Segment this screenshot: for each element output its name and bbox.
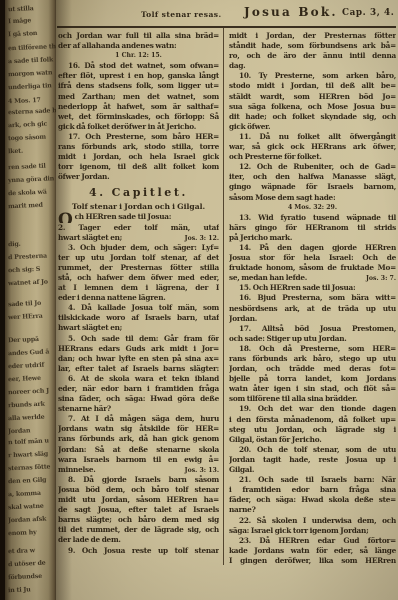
- text-line: watn åter igen i sin stad, och flöt så=: [229, 384, 396, 394]
- text-line: gingo wäpnade för Israels barnom,: [229, 182, 396, 192]
- text-line: 9. Och Josua reste up tolf stenar: [58, 546, 219, 556]
- margin-fragment: förbundse: [8, 572, 56, 582]
- margin-fragment: wer HErra: [8, 312, 56, 322]
- text-line: stå, och hafwer dem öfwer med eder,: [58, 273, 219, 283]
- text-line: tilskickade woro af Israels barn, utaf: [58, 313, 219, 323]
- text-line: på Jericho mark.: [229, 233, 396, 243]
- book-title: Josua Bok.: [244, 5, 338, 19]
- text-line: dag.: [229, 61, 396, 71]
- text-line: hwart slägtet en;: [58, 323, 219, 333]
- margin-fragment: rbunds ark: [8, 400, 56, 410]
- text-line: til det rummet, der de lägrade sig, och: [58, 525, 219, 535]
- margin-fragment: in ti Ju: [8, 585, 56, 595]
- text-line: iter, och den halfwa Manasse slägt,: [229, 172, 396, 182]
- text-line: narne?: [229, 505, 396, 515]
- text-line: Jordan.: [229, 314, 396, 324]
- margin-fragment: I gå ston: [8, 29, 56, 39]
- scripture-reference: 1 Chr. 12: 15.: [58, 51, 219, 61]
- margin-fragment: dig.: [8, 239, 56, 249]
- text-line: Gilgal, östan för Jericho.: [229, 435, 396, 445]
- margin-fragment: den en Gilg: [8, 476, 56, 486]
- margin-fragment: noreer och J: [8, 387, 56, 397]
- margin-fragment: och sig: S: [8, 265, 56, 275]
- scripture-reference: Jos. 3: 7.: [366, 274, 396, 283]
- text-line: midt i Jordan, der Presternas fötter: [229, 31, 396, 41]
- text-line: dan; och hwar lyfte en sten på sina ax=: [58, 354, 219, 364]
- text-line: sina fäder, och säga: Hwad göra deße: [58, 394, 219, 404]
- text-line: Josua stor för hela Israel: Och de: [229, 253, 396, 263]
- text-line: stäldt wardt, som HERren böd Jo=: [229, 92, 396, 102]
- margin-fragment: Jordan afsk: [8, 515, 56, 525]
- margin-fragment: et dra w: [8, 546, 56, 556]
- margin-fragment: togo såsom: [8, 133, 56, 143]
- scripture-reference: Jos. 3: 12.: [185, 234, 219, 243]
- text-line: Jordan: Så at deße stenarne skola: [58, 445, 219, 455]
- text-line: i framtiden edor barn fråga sina: [229, 485, 396, 495]
- text-line: efter flöt, uprest i en hop, ganska lång…: [58, 71, 219, 81]
- text-line: gick då folket deröfwer in åt Jericho.: [58, 122, 219, 132]
- text-line: steg utu Jordan, och lägrade sig i: [229, 425, 396, 435]
- text-line: säga: Israel gick torr igenom Jordan;: [229, 526, 396, 536]
- text-line: 5. Och sade til dem: Går fram för: [58, 334, 219, 344]
- text-line: midt utu Jordan, såsom HERren ha=: [58, 495, 219, 505]
- text-line: stodo midt i Jordan, til deß allt be=: [229, 81, 396, 91]
- text-line: 17. Och Presterne, som båro HER=: [58, 132, 219, 142]
- drop-cap: O: [58, 212, 73, 222]
- margin-fragment: de skola wä: [8, 188, 56, 198]
- scripture-reference: 4 Mos. 32: 29.: [229, 203, 396, 213]
- text-line: Gilgal.: [229, 465, 396, 475]
- text-line: bjelle på torra landet, kom Jordans: [229, 374, 396, 384]
- right-text-column: midt i Jordan, der Presternas fötterstån…: [229, 31, 396, 566]
- text-line: och Jordan war full til alla sina bräd=: [58, 31, 219, 41]
- book-photo: ut stillaI mågeI gå stonen tilförene tha…: [0, 0, 398, 600]
- scripture-reference: Jos. 3: 13.: [185, 466, 219, 475]
- text-line: lar, efter talet af Israels barns slägte…: [58, 364, 219, 374]
- margin-fragment: ut stilla: [8, 4, 56, 14]
- verse-text: minnelse.: [58, 465, 96, 475]
- margin-fragment: marit med: [8, 201, 56, 211]
- margin-fragment: andes Gud ä: [8, 348, 56, 358]
- text-line: 4. Då kallade Josua tolf män, som: [58, 303, 219, 313]
- facing-page-edge: ut stillaI mågeI gå stonen tilförene tha…: [5, 0, 56, 600]
- text-line: 19. Och det war den tionde dagen: [229, 404, 396, 414]
- margin-fragment: ark, och gic: [8, 120, 56, 130]
- text-line: midt i Jordan, och hela Israel gick: [58, 152, 219, 162]
- text-line: dit hade; och folket skyndade sig, och: [229, 112, 396, 122]
- margin-fragment: Jordan: [8, 426, 56, 436]
- text-line: gick öfwer.: [229, 122, 396, 132]
- text-line: war, så gick ock HERrans ark öfwer,: [229, 142, 396, 152]
- text-line: 20. Och de tolf stenar, som de utu: [229, 445, 396, 455]
- margin-fragment: sternas fötte: [8, 463, 56, 473]
- text-line: der af allahanda andenes watn:: [58, 41, 219, 51]
- text-line: sua säga folkena, och Mose Josua bu=: [229, 102, 396, 112]
- margin-fragment: d utöser de: [8, 559, 56, 569]
- text-line: Jordan, och trädde med deras fot=: [229, 364, 396, 374]
- text-line: nesbördsens ark, at de träda up utu: [229, 304, 396, 314]
- verse-text: se, medan han lefde.: [229, 273, 307, 283]
- margin-fragment: esterna sade ha: [8, 107, 56, 117]
- text-line: eder i denna nattene lägren.: [58, 293, 219, 303]
- text-line: 22. Så skolen I underwisa dem, och: [229, 516, 396, 526]
- margin-fragment: morgon watn: [8, 69, 56, 79]
- text-line: ifrå dens stadsens folk, som ligger ut=: [58, 81, 219, 91]
- text-line: at I lemnen dem i lägrena, der I: [58, 283, 219, 293]
- text-line: 16. Bjud Presterna, som bära witt=: [229, 293, 396, 303]
- margin-fragment: sade til Jo: [8, 299, 56, 309]
- text-line: som tilförene til alla sina brädder.: [229, 394, 396, 404]
- margin-fragment: enom hy: [8, 528, 56, 538]
- text-line-with-reference: hwart slägtet en;Jos. 3: 12.: [58, 233, 219, 243]
- margin-fragment: I måge: [8, 16, 56, 26]
- text-line-with-reference: se, medan han lefde.Jos. 3: 7.: [229, 273, 396, 283]
- margin-fragment: ynna göra din: [8, 175, 56, 185]
- margin-fragment: alla werlde: [8, 413, 56, 423]
- text-line: wet, det förminskades, och förlopp: Så: [58, 112, 219, 122]
- margin-fragment: 4 Mos. 17: [8, 96, 56, 106]
- left-text-column: och Jordan war full til alla sina bräd=d…: [58, 31, 219, 556]
- text-line: 17. Alltså böd Josua Prestomen,: [229, 324, 396, 334]
- margin-fragment: n tolf män u: [8, 437, 56, 447]
- text-line: Jordans watn sig åtskilde för HER=: [58, 424, 219, 434]
- margin-fragment: a sade til folk: [8, 56, 56, 66]
- column-divider-rule: [223, 28, 224, 565]
- text-line: fäder, och säga: Hwad skola deße ste=: [229, 495, 396, 505]
- text-line: rummet, der Presternas fötter stilla: [58, 263, 219, 273]
- margin-fragment: a, komma: [8, 489, 56, 499]
- text-line: de sagt Josua, efter talet af Israels: [58, 505, 219, 515]
- text-line: öfwer Jordan.: [58, 172, 219, 182]
- text-line: 11. Då nu folket allt öfwergångit: [229, 132, 396, 142]
- margin-fragment: d Presterna: [8, 252, 56, 262]
- margin-fragment: eder utdrif: [8, 361, 56, 371]
- text-line: med Zarthan; men det watnet, som: [58, 92, 219, 102]
- text-line: 18. Och då Presterne, som HER=: [229, 344, 396, 354]
- text-line: och sade: Stiger up utu Jordan.: [229, 334, 396, 344]
- text-line: 13. Wid fyratio tusend wäpnade til: [229, 213, 396, 223]
- text-line: HERrans edars Guds ark midt i Jor=: [58, 344, 219, 354]
- text-line: barns slägte; och båro dem med sig: [58, 515, 219, 525]
- text-line: ro, och de äro der ännu intil denna: [229, 51, 396, 61]
- margin-fragment: en tilförene th: [8, 43, 56, 53]
- margin-fragment: watnet af Jo: [8, 278, 56, 288]
- margin-fragment: ren sade til: [8, 162, 56, 172]
- verse-line-dropcap: Och HERren sade til Josua:: [58, 212, 219, 222]
- text-line: härs gingo för HERranom til strids: [229, 223, 396, 233]
- text-line: rans förbunds ark, då han gick genom: [58, 434, 219, 444]
- chapter-reference: Cap. 3, 4.: [342, 8, 394, 18]
- text-line: ståndit hade, som förbundsens ark bå=: [229, 41, 396, 51]
- margin-fragment: underliga tin: [8, 82, 56, 92]
- text-line: eder, när edor barn i framtiden fråga: [58, 384, 219, 394]
- text-line: 7. At I då mågen säga dem, huru: [58, 414, 219, 424]
- text-line: 16. Då stod det watnet, som ofwan=: [58, 61, 219, 71]
- text-line: 6. At de skola wara et tekn ibland: [58, 374, 219, 384]
- text-line: i den första månadenom, då folket up=: [229, 415, 396, 425]
- margin-fragment: r hwart släg: [8, 450, 56, 460]
- text-line: torr igenom, til deß allt folket kom: [58, 162, 219, 172]
- margin-fragment: eer, Hewe: [8, 374, 56, 384]
- text-line: 14. På den dagen gjorde HERren: [229, 243, 396, 253]
- text-line: Jordan tagit hade, reste Josua up i: [229, 455, 396, 465]
- margin-fragment: skal watne: [8, 502, 56, 512]
- verse-text: hwart slägtet en;: [58, 233, 122, 243]
- chapter-heading: 4. Capitlet.: [58, 185, 219, 201]
- text-line: rans förbunds ark båro, stego up utu: [229, 354, 396, 364]
- margin-fragment: lket.: [8, 146, 56, 156]
- text-line: 21. Och sade til Israels barn: När: [229, 475, 396, 485]
- text-line: stenarne här?: [58, 404, 219, 414]
- text-line: rans förbunds ark, stodo stilla, torre: [58, 142, 219, 152]
- text-line: kade Jordans watn för eder, så länge: [229, 546, 396, 556]
- header-rule: [57, 26, 396, 28]
- text-line: wara Israels barnom til en ewig å=: [58, 455, 219, 465]
- text-line: Josua böd dem, och båro tolf stenar: [58, 485, 219, 495]
- text-line: I gingen deröfwer, lika som HERren: [229, 556, 396, 566]
- margin-fragment: Der uppå: [8, 335, 56, 345]
- text-line: och Presterne för folket.: [229, 152, 396, 162]
- text-line: nederlopp åt hafwet, som är salthaf=: [58, 102, 219, 112]
- text-line: fruktade honom, såsom de fruktade Mo=: [229, 263, 396, 273]
- text-line: der lade de dem.: [58, 535, 219, 545]
- text-line: 12. Och de Rubeniter, och de Gad=: [229, 162, 396, 172]
- running-title: Tolf stenar resas.: [141, 10, 222, 19]
- text-line: 23. Då HERren edar Gud förtor=: [229, 536, 396, 546]
- text-line: ter up utu Jordan tolf stenar, af det: [58, 253, 219, 263]
- text-line: 3. Och bjuder dem, och säger: Lyf=: [58, 243, 219, 253]
- text-line: 2. Tager eder tolf män, utaf: [58, 223, 219, 233]
- text-line-with-reference: minnelse.Jos. 3: 13.: [58, 465, 219, 475]
- text-line: 10. Ty Presterne, som arken båro,: [229, 71, 396, 81]
- text-line: såsom Mose dem sagt hade:: [229, 193, 396, 203]
- text-line: 15. Och HERren sade til Josua:: [229, 283, 396, 293]
- chapter-subtitle: Tolf stenar i Jordan och i Gilgal.: [58, 201, 219, 212]
- text-line: 8. Då gjorde Israels barn såsom: [58, 475, 219, 485]
